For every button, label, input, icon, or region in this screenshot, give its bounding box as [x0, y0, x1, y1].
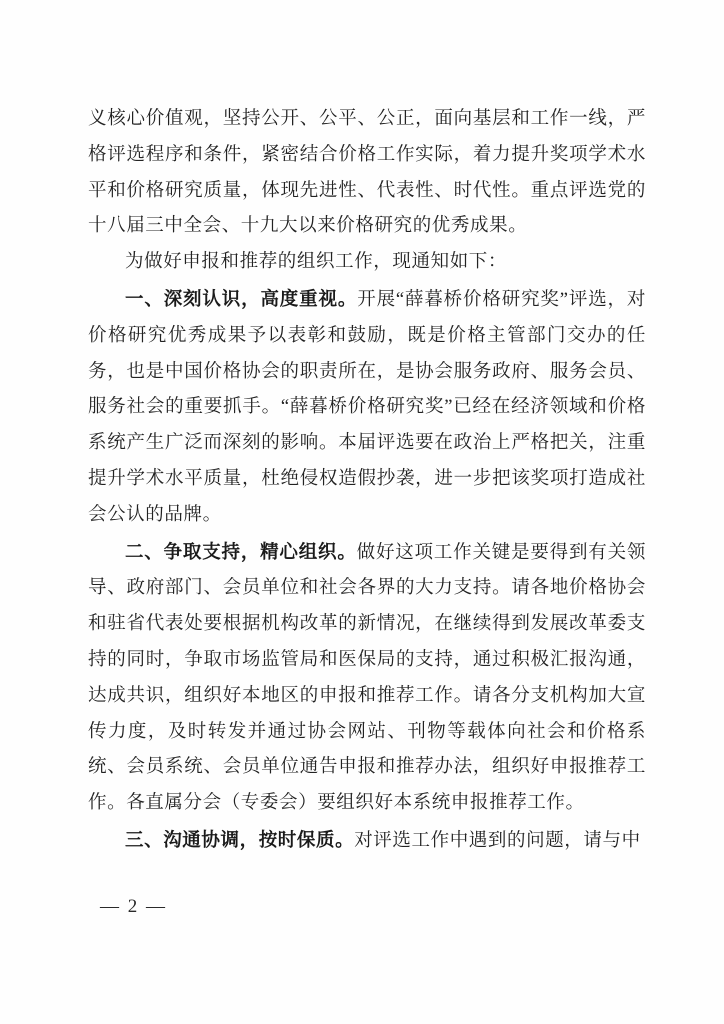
paragraph-section-2: 二、争取支持，精心组织。做好这项工作关键是要得到有关领导、政府部门、会员单位和社… — [88, 534, 646, 822]
paragraph-text: 对评选工作中遇到的问题，请与中 — [354, 831, 641, 851]
paragraph-text: 义核心价值观，坚持公开、公平、公正，面向基层和工作一线，严格评选程序和条件，紧密… — [88, 109, 646, 236]
document-page: 义核心价值观，坚持公开、公平、公正，面向基层和工作一线，严格评选程序和条件，紧密… — [0, 0, 724, 1024]
section-2-heading: 二、争取支持，精心组织。 — [125, 541, 357, 562]
document-body: 义核心价值观，坚持公开、公平、公正，面向基层和工作一线，严格评选程序和条件，紧密… — [88, 102, 646, 860]
paragraph-text: 开展“薛暮桥价格研究奖”评选，对价格研究优秀成果予以表彰和鼓励，既是价格主管部门… — [88, 290, 646, 525]
section-1-heading: 一、深刻认识，高度重视。 — [125, 288, 357, 309]
paragraph-section-1: 一、深刻认识，高度重视。开展“薛暮桥价格研究奖”评选，对价格研究优秀成果予以表彰… — [88, 281, 646, 534]
paragraph-text: 做好这项工作关键是要得到有关领导、政府部门、会员单位和社会各界的大力支持。请各地… — [88, 543, 646, 814]
paragraph-continuation: 义核心价值观，坚持公开、公平、公正，面向基层和工作一线，严格评选程序和条件，紧密… — [88, 102, 646, 245]
paragraph-text: 为做好申报和推荐的组织工作，现通知如下： — [125, 252, 507, 272]
paragraph-section-3: 三、沟通协调，按时保质。对评选工作中遇到的问题，请与中 — [88, 822, 646, 860]
page-number: — 2 — — [100, 896, 167, 918]
paragraph-intro: 为做好申报和推荐的组织工作，现通知如下： — [88, 245, 646, 281]
section-3-heading: 三、沟通协调，按时保质。 — [125, 829, 354, 850]
